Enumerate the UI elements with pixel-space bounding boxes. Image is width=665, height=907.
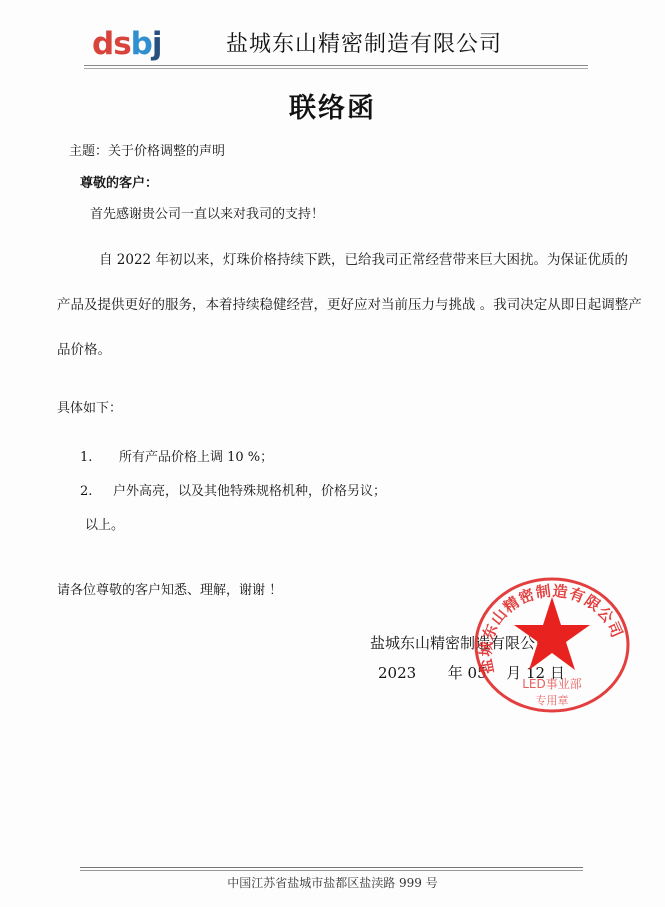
document-title: 联络函 [0,91,665,127]
logo-letter-j: j [152,26,162,62]
body-line-1: 自 2022 年初以来，灯珠价格持续下跌，已给我司正常经营带来巨大困扰。为保证优… [99,251,628,270]
logo-letter-d: d [92,26,113,62]
header-rule-bottom [84,68,588,69]
list-item-1-text: 所有产品价格上调 10 %； [119,449,273,467]
subject-line: 主题：关于价格调整的声明 [69,143,225,161]
list-item-1-number: 1. [80,449,92,467]
body-line-3: 品价格。 [57,341,111,360]
logo-letter-b: b [131,26,152,62]
star-icon [514,597,590,670]
company-logo: dsbj [92,26,162,62]
logo-letter-s: s [113,26,130,62]
details-heading: 具体如下： [57,400,122,418]
thanks-line: 首先感谢贵公司一直以来对我司的支持！ [90,206,324,224]
seal-inner-line-1: LED事业部 [522,676,582,691]
company-seal-stamp: 盐城东山精密制造有限公司 LED事业部 专用章 [472,577,632,715]
body-line-2: 产品及提供更好的服务，本着持续稳健经营，更好应对当前压力与挑战 。我司决定从即日… [57,296,642,315]
letterhead-company-name: 盐城东山精密制造有限公司 [226,30,502,60]
closing-above: 以上。 [85,517,124,535]
header-rule-top [84,65,588,66]
closing-line: 请各位尊敬的客户知悉、理解，谢谢 ！ [57,582,282,600]
footer-address: 中国江苏省盐城市盐都区盐渎路 999 号 [0,875,665,891]
date-year-unit: 年 [448,664,463,682]
footer-rule-top [80,867,583,868]
footer-rule-bottom [80,870,583,871]
date-year: 2023 [378,664,416,682]
seal-inner-line-2: 专用章 [536,693,569,707]
list-item-2-text: 户外高亮，以及其他特殊规格机种，价格另议； [113,483,386,501]
salutation: 尊敬的客户： [80,175,158,193]
list-item-2-number: 2. [80,483,92,501]
